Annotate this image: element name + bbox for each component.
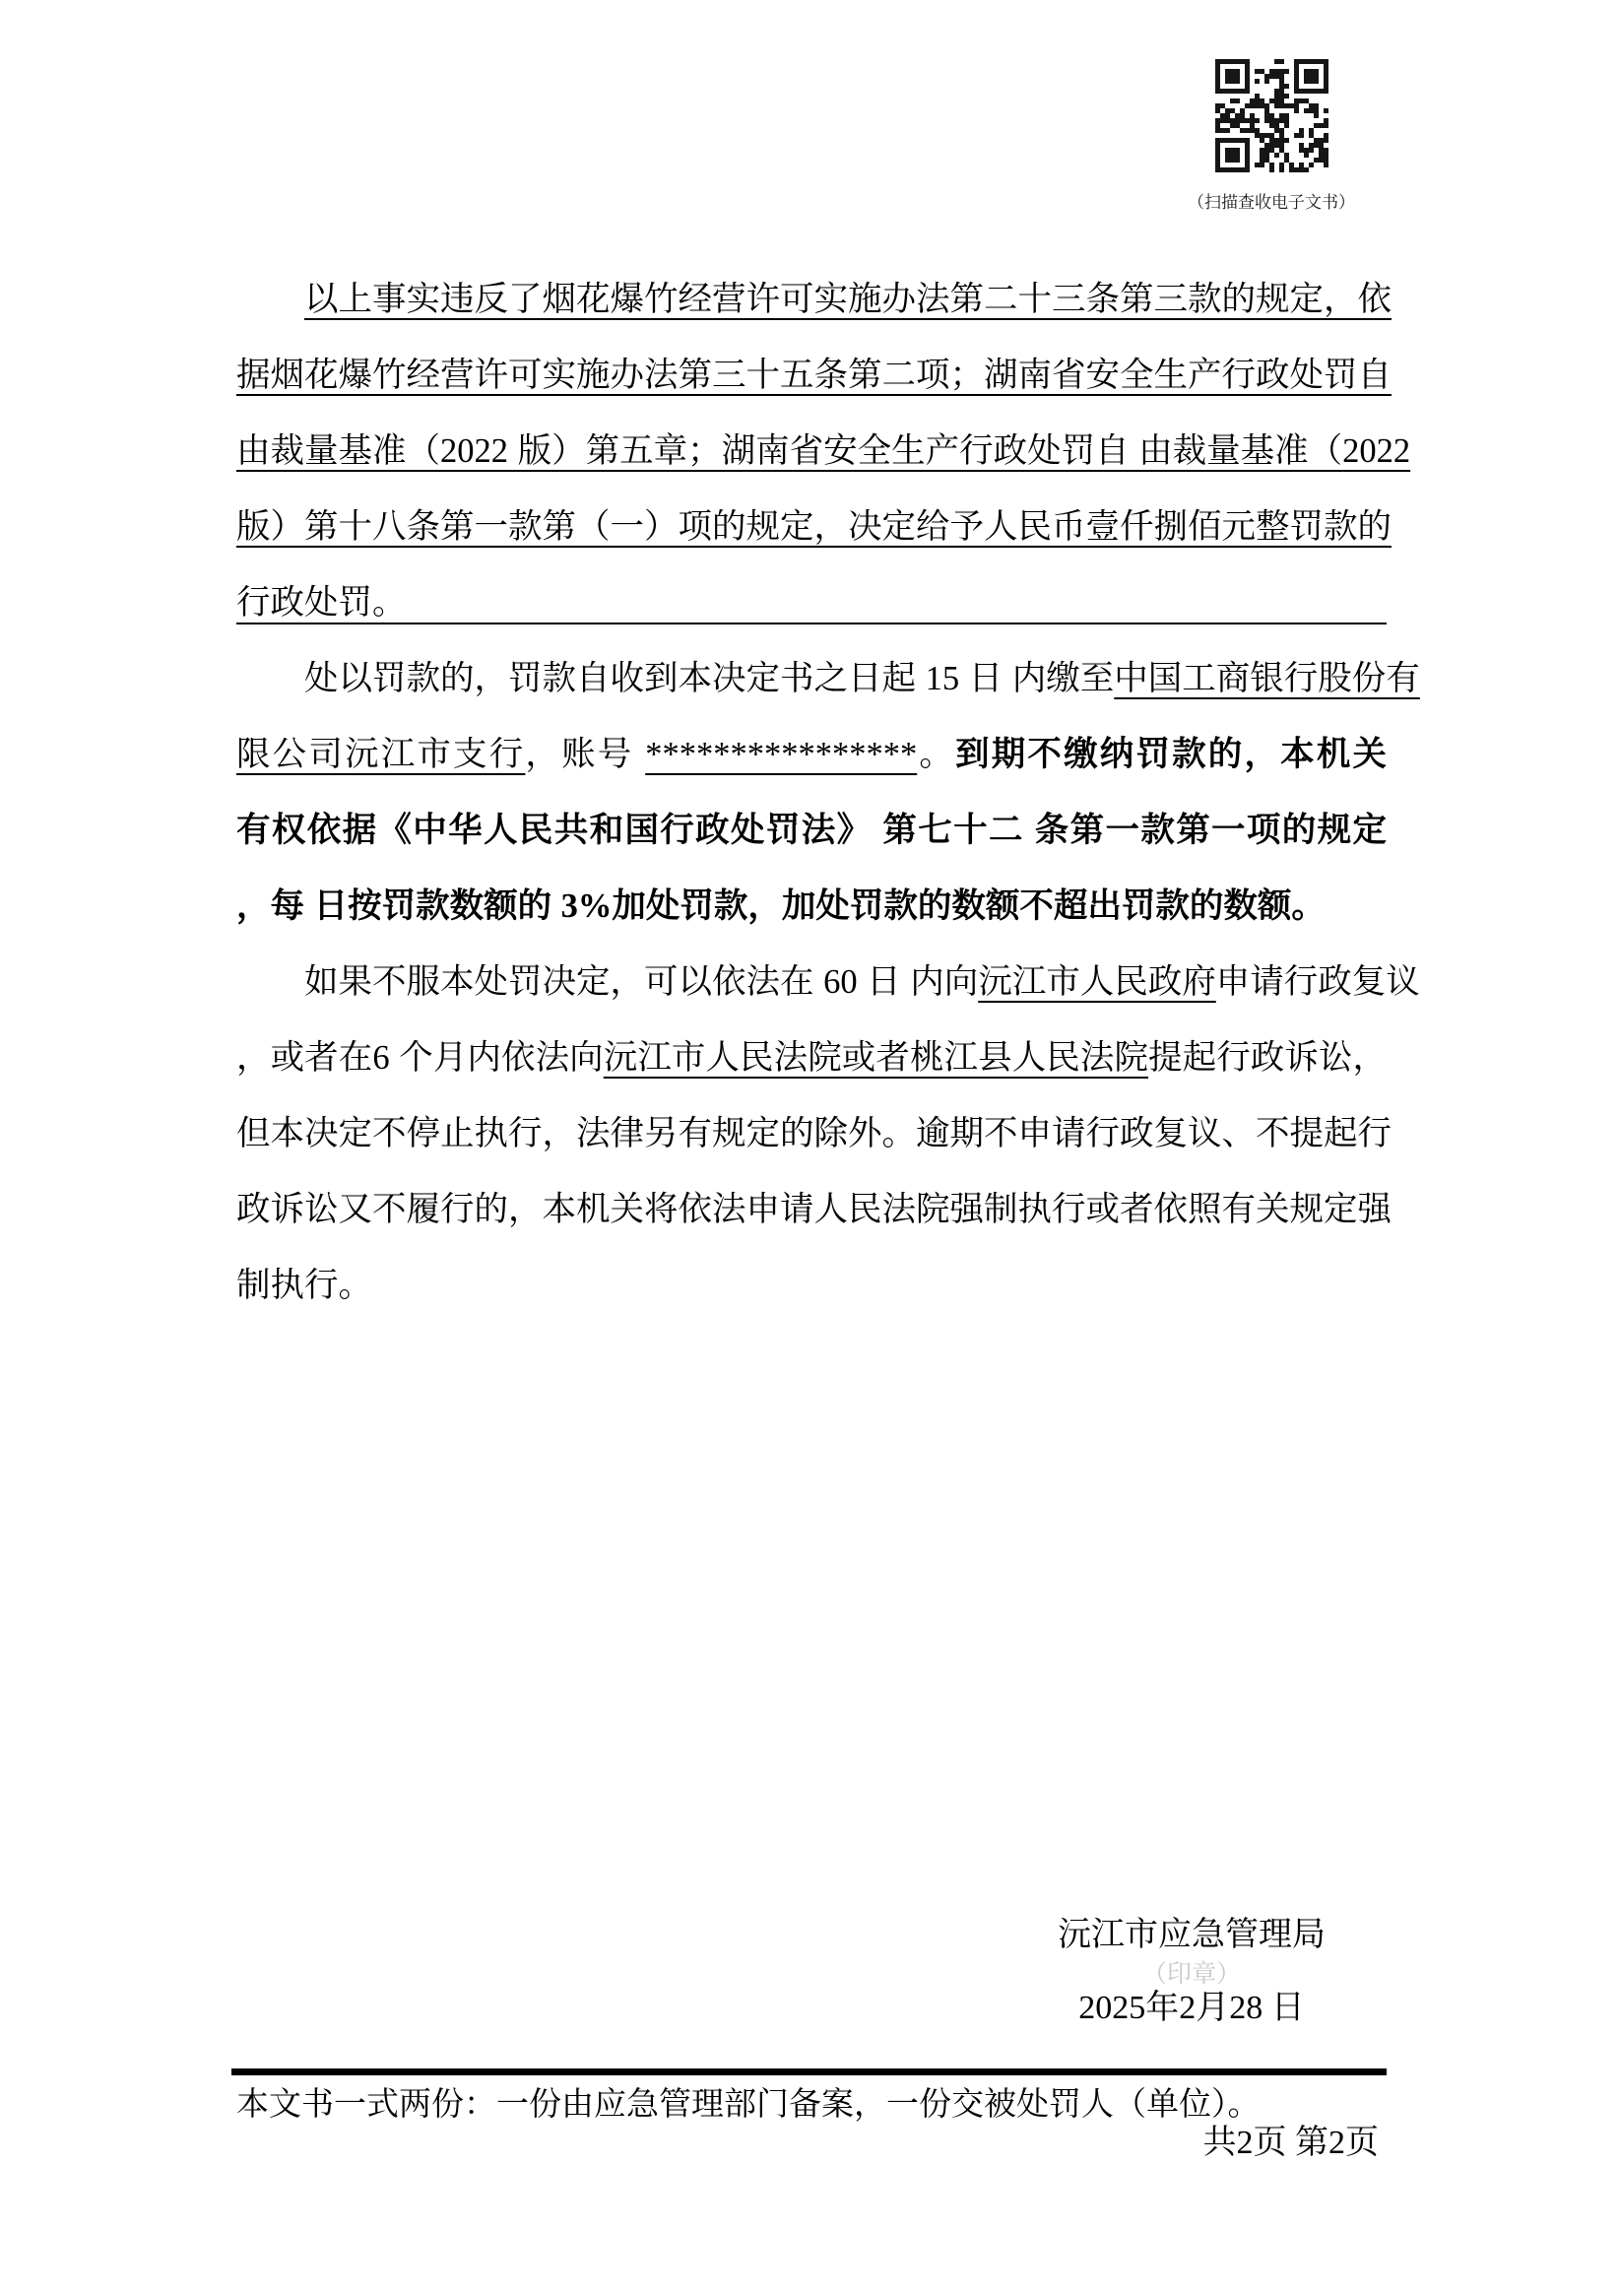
document-line: 限公司沅江市支行，账号 ****************。到期不缴纳罚款的，本机… [236, 717, 1387, 793]
text-segment: 有权依据《中华人民共和国行政处罚法》 第七十二 条第一款第一项的规定 [236, 812, 1387, 849]
text-segment: 3% [561, 887, 613, 925]
text-segment: 但本决定不停止执行，法律另有规定的除外。逾期不申请行政复议、不提起行 [236, 1115, 1392, 1152]
document-line: 处以罚款的，罚款自收到本决定书之日起 15 日 内缴至中国工商银行股份有 [236, 641, 1387, 717]
text-segment: ，每 日按罚款数额的 [236, 887, 561, 925]
signature-agency: 沅江市应急管理局 [936, 1915, 1448, 1954]
text-segment: 版）第十八条第一款第（一）项的规定，决定给予人民币壹仟捌佰元整罚款的 [236, 508, 1392, 546]
document-line: ，每 日按罚款数额的 3%加处罚款，加处罚款的数额不超出罚款的数额。 [236, 869, 1387, 945]
document-body: 以上事实违反了烟花爆竹经营许可实施办法第二十三条第三款的规定，依据烟花爆竹经营许… [236, 262, 1387, 1324]
text-segment: ，账号 [525, 736, 645, 773]
document-line: 行政处罚。 [236, 565, 1387, 641]
text-segment: 行政处罚。 [236, 584, 407, 622]
document-line: 政诉讼又不履行的，本机关将依法申请人民法院强制执行或者依照有关规定强 [236, 1172, 1387, 1248]
document-line: 由裁量基准（2022 版）第五章；湖南省安全生产行政处罚自 由裁量基准（2022 [236, 414, 1387, 490]
text-segment [236, 281, 304, 318]
qr-block: （扫描查收电子文书） [1178, 59, 1365, 213]
text-segment: **************** [645, 736, 917, 773]
underline-fill [236, 623, 1387, 624]
text-segment: 2022 [1342, 432, 1410, 470]
text-segment: 申请行政复议 [1216, 963, 1420, 1001]
text-segment: 处以罚款的，罚款自收到本决定书之日起 [236, 660, 926, 697]
document-page: （扫描查收电子文书） 以上事实违反了烟花爆竹经营许可实施办法第二十三条第三款的规… [0, 0, 1619, 2296]
text-segment: 制执行。 [236, 1267, 372, 1304]
text-segment: 日 内缴至 [959, 660, 1114, 697]
text-segment: 日 内向 [858, 963, 979, 1001]
text-segment: 加处罚款，加处罚款的数额不超出罚款的数额。 [612, 887, 1326, 925]
text-segment: 6 [372, 1039, 389, 1077]
footer-note: 本文书一式两份：一份由应急管理部门备案，一份交被处罚人（单位）。 [236, 2082, 1389, 2126]
document-line: 以上事实违反了烟花爆竹经营许可实施办法第二十三条第三款的规定，依 [236, 262, 1387, 338]
footer-divider [231, 2068, 1387, 2075]
text-segment: 如果不服本处罚决定，可以依法在 [236, 963, 823, 1001]
document-line: 据烟花爆竹经营许可实施办法第三十五条第二项；湖南省安全生产行政处罚自 [236, 338, 1387, 414]
signature-date: 2025年2月28 日 [936, 1988, 1448, 2029]
qr-caption: （扫描查收电子文书） [1178, 188, 1365, 213]
text-segment: 限公司沅江市支行 [236, 736, 525, 773]
text-segment: 15 [926, 660, 960, 697]
seal-placeholder: （印章） [936, 1961, 1448, 1988]
qr-code-icon [1215, 59, 1328, 172]
text-segment: 沅江市人民政府 [978, 963, 1216, 1001]
text-segment: 据烟花爆竹经营许可实施办法第三十五条第二项；湖南省安全生产行政处罚自 [236, 357, 1392, 394]
text-segment: 提起行政诉讼， [1148, 1039, 1387, 1077]
text-segment: 中国工商银行股份有 [1114, 660, 1420, 697]
document-line: 版）第十八条第一款第（一）项的规定，决定给予人民币壹仟捌佰元整罚款的 [236, 490, 1387, 565]
text-segment: ，或者在 [236, 1039, 372, 1077]
text-segment: 沅江市人民法院或者桃江县人民法院 [604, 1039, 1148, 1077]
text-segment: 政诉讼又不履行的，本机关将依法申请人民法院强制执行或者依照有关规定强 [236, 1191, 1392, 1228]
text-segment: 版）第五章；湖南省安全生产行政处罚自 由裁量基准（ [508, 432, 1342, 470]
document-line: 但本决定不停止执行，法律另有规定的除外。逾期不申请行政复议、不提起行 [236, 1096, 1387, 1172]
text-segment: 由裁量基准（ [236, 432, 440, 470]
text-segment: 。 [917, 736, 955, 773]
text-segment: 2022 [440, 432, 508, 470]
text-segment: 个月内依法向 [390, 1039, 604, 1077]
document-line: 制执行。 [236, 1248, 1387, 1324]
page-indicator: 共2页 第2页 [236, 2124, 1379, 2163]
document-line: 如果不服本处罚决定，可以依法在 60 日 内向沅江市人民政府申请行政复议 [236, 945, 1387, 1020]
text-segment: 到期不缴纳罚款的，本机关 [955, 736, 1387, 773]
document-line: ，或者在6 个月内依法向沅江市人民法院或者桃江县人民法院提起行政诉讼， [236, 1020, 1387, 1096]
text-segment: 以上事实违反了烟花爆竹经营许可实施办法第二十三条第三款的规定，依 [304, 281, 1392, 318]
text-segment: 60 [823, 963, 858, 1001]
document-line: 有权依据《中华人民共和国行政处罚法》 第七十二 条第一款第一项的规定 [236, 793, 1387, 869]
